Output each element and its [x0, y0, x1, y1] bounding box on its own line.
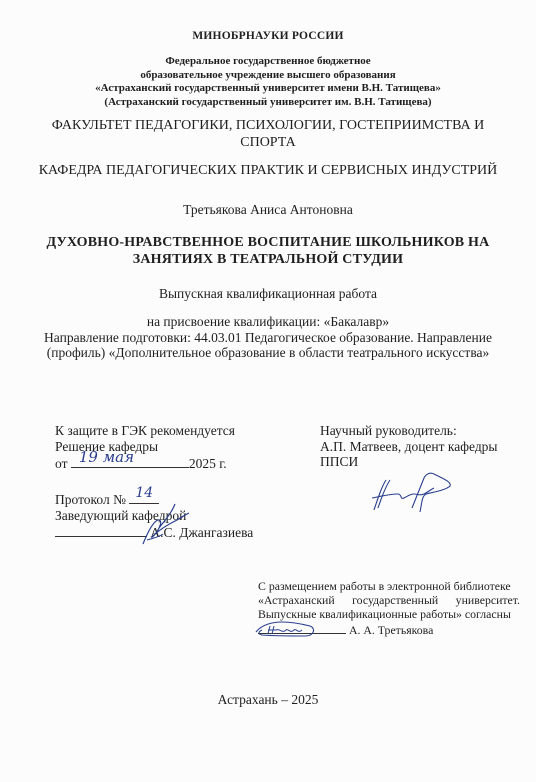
protocol-blank: 14	[129, 490, 159, 504]
thesis-title-line: ДУХОВНО-НРАВСТВЕННОЕ ВОСПИТАНИЕ ШКОЛЬНИК…	[0, 234, 536, 251]
thesis-title: ДУХОВНО-НРАВСТВЕННОЕ ВОСПИТАНИЕ ШКОЛЬНИК…	[0, 234, 536, 268]
head-label: Заведующий кафедрой	[55, 508, 315, 524]
consent-signer: А. А. Третьякова	[349, 623, 433, 637]
library-consent-block: С размещением работы в электронной библи…	[258, 579, 520, 637]
supervisor-block: Научный руководитель: А.П. Матвеев, доце…	[320, 423, 520, 470]
title-page: МИНОБРНАУКИ РОССИИ Федеральное государст…	[0, 0, 536, 782]
qualification-block: на присвоение квалификации: «Бакалавр» Н…	[0, 314, 536, 361]
date-suffix: 2025 г.	[189, 456, 227, 471]
head-name: А.С. Джангазиева	[150, 525, 253, 540]
qualification-line: Направление подготовки: 44.03.01 Педагог…	[0, 330, 536, 346]
head-signature-line: А.С. Джангазиева	[55, 523, 315, 541]
faculty-line: СПОРТА	[0, 134, 536, 151]
organization-line: образовательное учреждение высшего образ…	[0, 69, 536, 83]
organization-line: Федеральное государственное бюджетное	[0, 55, 536, 69]
consent-line: Выпускные квалификационные работы» согла…	[258, 607, 520, 621]
date-blank: 19 мая	[71, 454, 189, 468]
protocol-line: Протокол № 14	[55, 490, 315, 508]
supervisor-department: ППСИ	[320, 454, 520, 470]
qualification-line: на присвоение квалификации: «Бакалавр»	[0, 314, 536, 330]
handwritten-protocol-number: 14	[135, 486, 153, 502]
supervisor-name: А.П. Матвеев, доцент кафедры	[320, 439, 520, 455]
approval-block: К защите в ГЭК рекомендуется Решение каф…	[55, 423, 295, 472]
supervisor-label: Научный руководитель:	[320, 423, 520, 439]
protocol-block: Протокол № 14 Заведующий кафедрой А.С. Д…	[55, 490, 315, 541]
consent-line: «Астраханский государственный университе…	[258, 593, 520, 607]
organization-block: Федеральное государственное бюджетное об…	[0, 55, 536, 109]
organization-line: «Астраханский государственный университе…	[0, 82, 536, 96]
consent-line: С размещением работы в электронной библи…	[258, 579, 520, 593]
department-heading: КАФЕДРА ПЕДАГОГИЧЕСКИХ ПРАКТИК И СЕРВИСН…	[0, 163, 536, 179]
supervisor-signature-icon	[368, 468, 458, 514]
faculty-line: ФАКУЛЬТЕТ ПЕДАГОГИКИ, ПСИХОЛОГИИ, ГОСТЕП…	[0, 117, 536, 134]
consent-signature-blank	[258, 621, 346, 634]
ministry-heading: МИНОБРНАУКИ РОССИИ	[0, 30, 536, 42]
organization-line: (Астраханский государственный университе…	[0, 96, 536, 110]
handwritten-date: 19 мая	[79, 450, 134, 466]
date-prefix: от	[55, 456, 67, 471]
approval-recommendation: К защите в ГЭК рекомендуется	[55, 423, 295, 439]
author-name: Третьякова Аниса Антоновна	[0, 202, 536, 218]
city-year: Астрахань – 2025	[0, 692, 536, 708]
faculty-heading: ФАКУЛЬТЕТ ПЕДАГОГИКИ, ПСИХОЛОГИИ, ГОСТЕП…	[0, 117, 536, 151]
work-type: Выпускная квалификационная работа	[0, 286, 536, 302]
approval-date-line: от 19 мая 2025 г.	[55, 454, 295, 472]
head-signature-blank	[55, 523, 147, 537]
thesis-title-line: ЗАНЯТИЯХ В ТЕАТРАЛЬНОЙ СТУДИИ	[0, 251, 536, 268]
consent-signature-line: А. А. Третьякова	[258, 621, 520, 637]
protocol-prefix: Протокол №	[55, 492, 126, 507]
qualification-line: (профиль) «Дополнительное образование в …	[0, 345, 536, 361]
